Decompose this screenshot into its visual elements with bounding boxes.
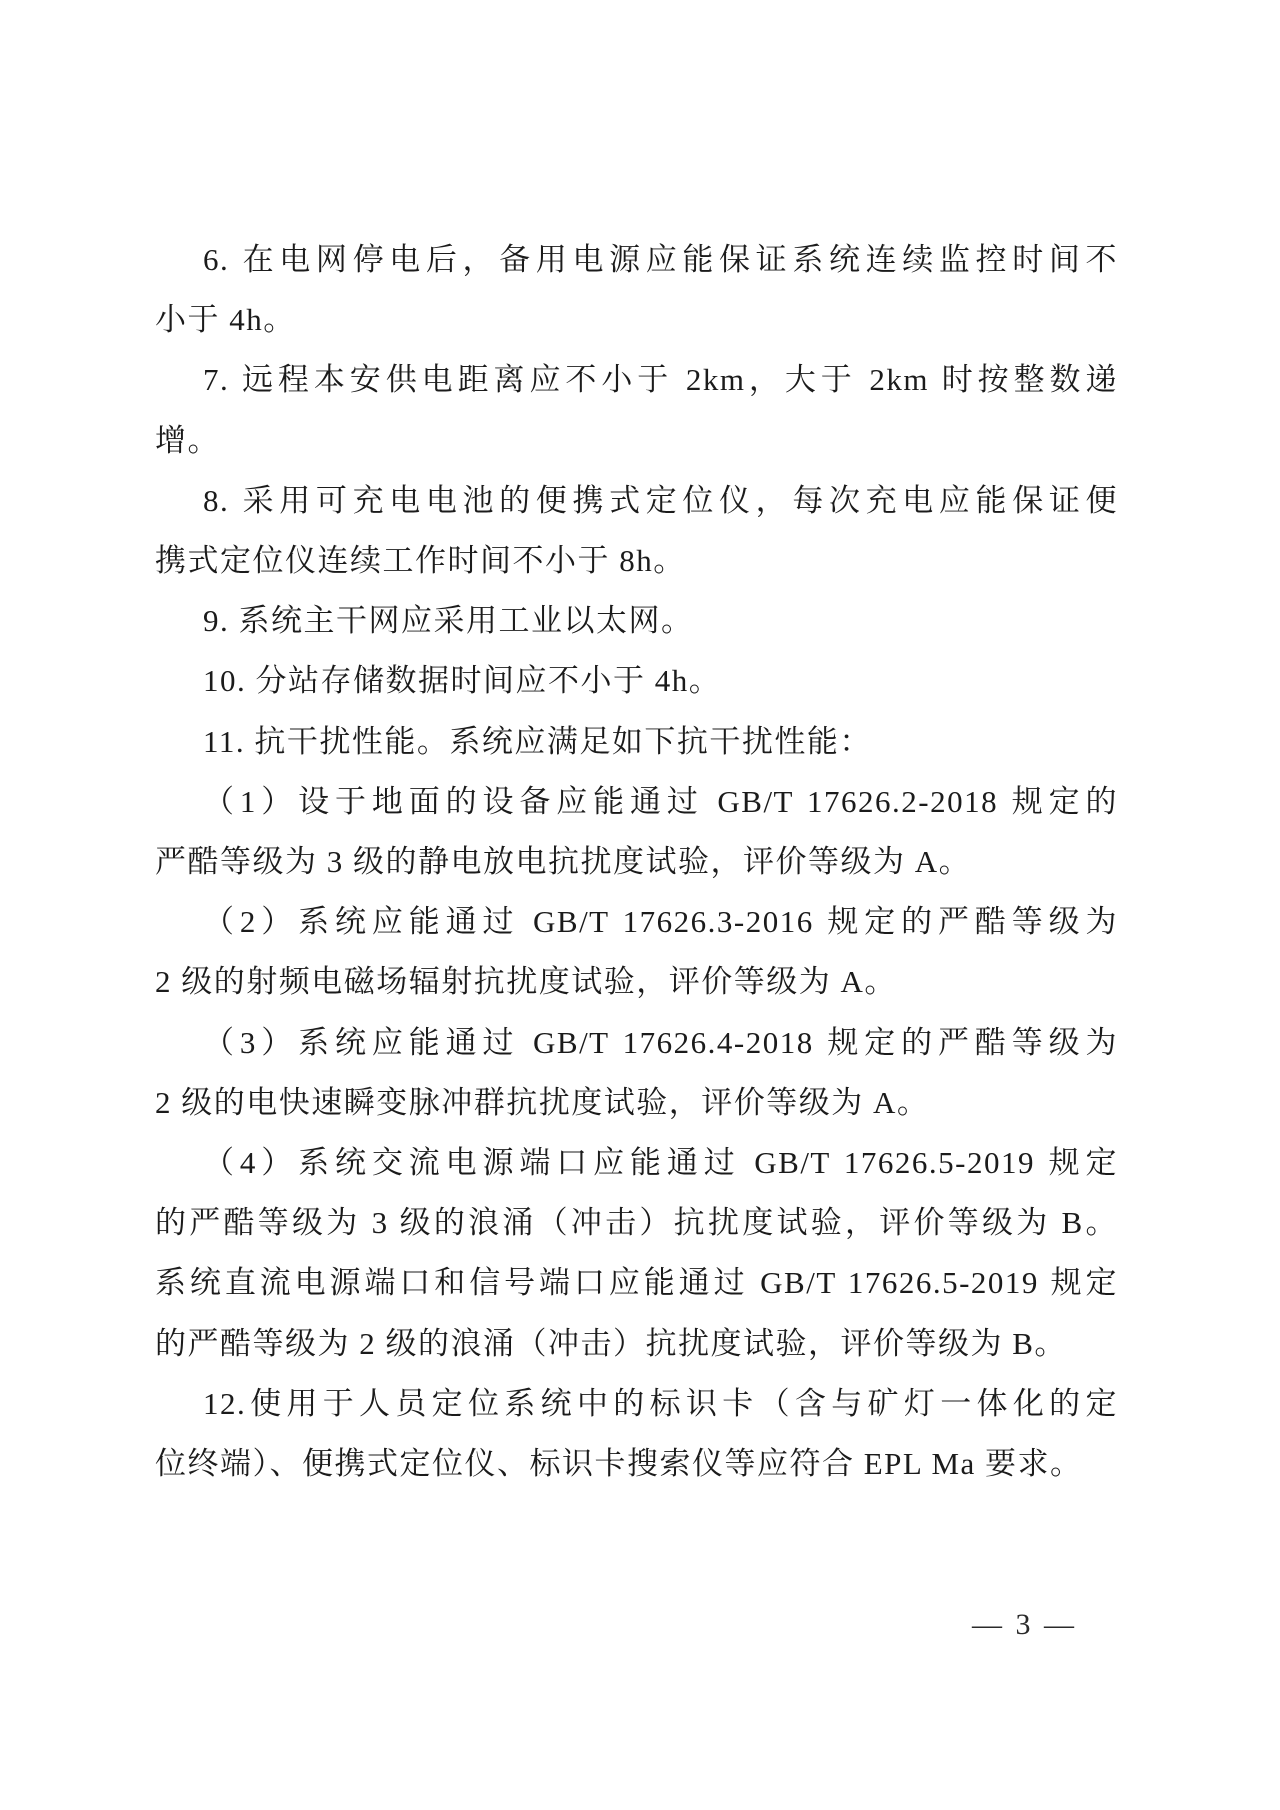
text-line-item-11-sub-1-2: 严酷等级为 3 级的静电放电抗扰度试验，评价等级为 A。: [155, 832, 1118, 892]
text-line-item-11-sub-2-1: （2）系统应能通过 GB/T 17626.3-2016 规定的严酷等级为: [155, 892, 1118, 952]
paragraph-item-11-sub-3: （3）系统应能通过 GB/T 17626.4-2018 规定的严酷等级为2 级的…: [155, 1013, 1118, 1133]
text-line-item-8-1: 8. 采用可充电电池的便携式定位仪，每次充电应能保证便: [155, 471, 1118, 531]
text-line-item-8-2: 携式定位仪连续工作时间不小于 8h。: [155, 531, 1118, 591]
text-line-item-11-sub-4-1: （4）系统交流电源端口应能通过 GB/T 17626.5-2019 规定: [155, 1133, 1118, 1193]
text-line-item-10-1: 10. 分站存储数据时间应不小于 4h。: [155, 651, 1118, 711]
text-line-item-11-sub-4-4: 的严酷等级为 2 级的浪涌（冲击）抗扰度试验，评价等级为 B。: [155, 1314, 1118, 1374]
text-line-item-9-1: 9. 系统主干网应采用工业以太网。: [155, 591, 1118, 651]
paragraph-item-6: 6. 在电网停电后，备用电源应能保证系统连续监控时间不小于 4h。: [155, 230, 1118, 350]
text-line-item-11-sub-2-2: 2 级的射频电磁场辐射抗扰度试验，评价等级为 A。: [155, 952, 1118, 1012]
text-line-item-11-1: 11. 抗干扰性能。系统应满足如下抗干扰性能：: [155, 712, 1118, 772]
text-line-item-7-2: 增。: [155, 411, 1118, 471]
text-line-item-11-sub-1-1: （1）设于地面的设备应能通过 GB/T 17626.2-2018 规定的: [155, 772, 1118, 832]
paragraph-item-12: 12.使用于人员定位系统中的标识卡（含与矿灯一体化的定位终端）、便携式定位仪、标…: [155, 1374, 1118, 1494]
text-line-item-6-2: 小于 4h。: [155, 290, 1118, 350]
paragraph-item-11-sub-1: （1）设于地面的设备应能通过 GB/T 17626.2-2018 规定的严酷等级…: [155, 772, 1118, 892]
text-line-item-11-sub-4-2: 的严酷等级为 3 级的浪涌（冲击）抗扰度试验，评价等级为 B。: [155, 1193, 1118, 1253]
paragraph-item-11-sub-4: （4）系统交流电源端口应能通过 GB/T 17626.5-2019 规定的严酷等…: [155, 1133, 1118, 1374]
paragraph-item-11: 11. 抗干扰性能。系统应满足如下抗干扰性能：: [155, 712, 1118, 772]
text-line-item-11-sub-4-3: 系统直流电源端口和信号端口应能通过 GB/T 17626.5-2019 规定: [155, 1253, 1118, 1313]
text-line-item-11-sub-3-1: （3）系统应能通过 GB/T 17626.4-2018 规定的严酷等级为: [155, 1013, 1118, 1073]
paragraph-item-8: 8. 采用可充电电池的便携式定位仪，每次充电应能保证便携式定位仪连续工作时间不小…: [155, 471, 1118, 591]
paragraph-item-9: 9. 系统主干网应采用工业以太网。: [155, 591, 1118, 651]
page-number: — 3 —: [972, 1608, 1077, 1642]
paragraph-item-11-sub-2: （2）系统应能通过 GB/T 17626.3-2016 规定的严酷等级为2 级的…: [155, 892, 1118, 1012]
document-page: 6. 在电网停电后，备用电源应能保证系统连续监控时间不小于 4h。7. 远程本安…: [0, 0, 1280, 1810]
text-line-item-12-2: 位终端）、便携式定位仪、标识卡搜索仪等应符合 EPL Ma 要求。: [155, 1434, 1118, 1494]
text-line-item-12-1: 12.使用于人员定位系统中的标识卡（含与矿灯一体化的定: [155, 1374, 1118, 1434]
paragraph-item-10: 10. 分站存储数据时间应不小于 4h。: [155, 651, 1118, 711]
paragraph-item-7: 7. 远程本安供电距离应不小于 2km，大于 2km 时按整数递增。: [155, 350, 1118, 470]
text-line-item-11-sub-3-2: 2 级的电快速瞬变脉冲群抗扰度试验，评价等级为 A。: [155, 1073, 1118, 1133]
text-line-item-6-1: 6. 在电网停电后，备用电源应能保证系统连续监控时间不: [155, 230, 1118, 290]
text-line-item-7-1: 7. 远程本安供电距离应不小于 2km，大于 2km 时按整数递: [155, 350, 1118, 410]
document-body: 6. 在电网停电后，备用电源应能保证系统连续监控时间不小于 4h。7. 远程本安…: [155, 230, 1118, 1494]
